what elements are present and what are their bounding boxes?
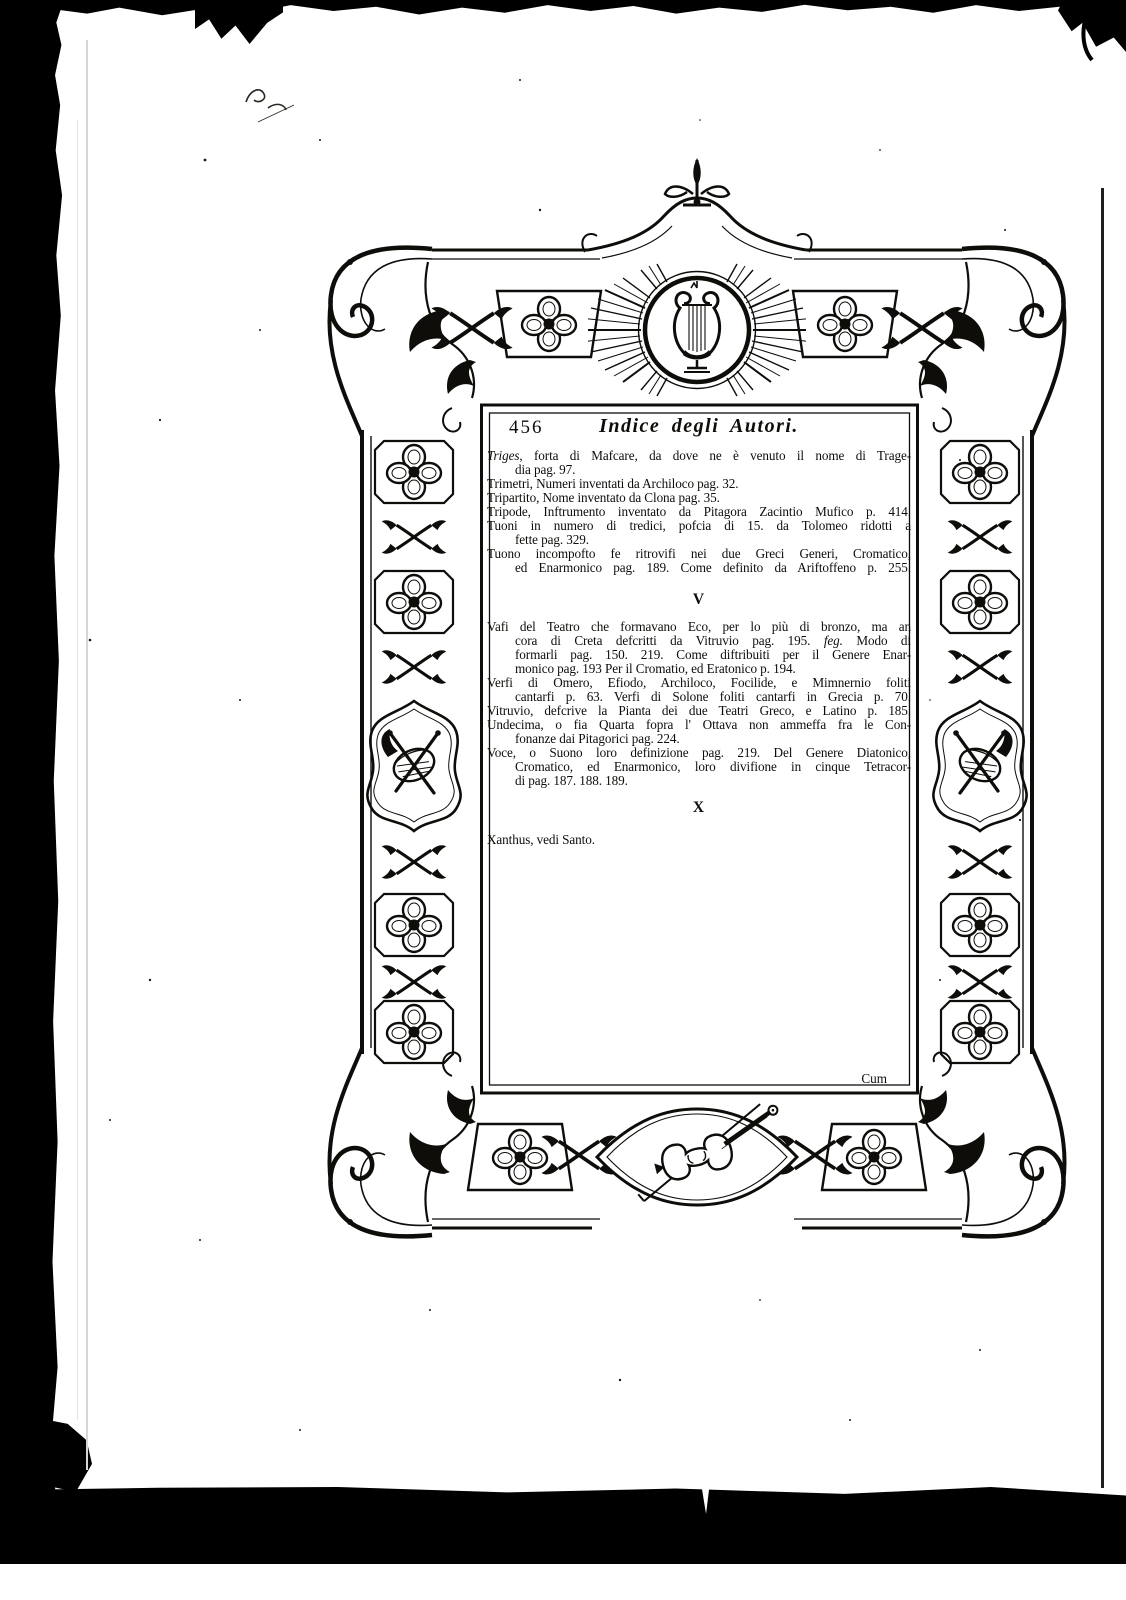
- index-entry-line: fonanze dai Pitagorici pag. 224.: [487, 732, 911, 746]
- index-entry-line: Cromatico, ed Enarmonico, loro divifione…: [487, 760, 911, 774]
- entry-headword: Triges: [487, 448, 519, 463]
- running-head: 456 Indice degli Autori.: [487, 415, 911, 443]
- section-letter-v: V: [487, 593, 911, 607]
- index-entry-line: fette pag. 329.: [487, 533, 911, 547]
- index-entry-line: Tuono incompofto fe ritrovifi nei due Gr…: [487, 547, 911, 561]
- lyre-medallion: [639, 272, 756, 389]
- book-page-scan: 456 Indice degli Autori. Triges, forta d…: [0, 0, 1126, 1600]
- italic-abbreviation: feg.: [824, 633, 843, 648]
- index-entry-line: Xanthus, vedi Santo.: [487, 833, 911, 847]
- index-entry-line: Voce, o Suono loro definizione pag. 219.…: [487, 746, 911, 760]
- index-entry-line: dia pag. 97.: [487, 463, 911, 477]
- index-entry-line: ed Enarmonico pag. 189. Come definito da…: [487, 561, 911, 575]
- index-entry-line: Vafi del Teatro che formavano Eco, per l…: [487, 620, 911, 634]
- index-entry-line: Tripode, Inftrumento inventato da Pitago…: [487, 505, 911, 519]
- index-entry-line: formarli pag. 150. 219. Come diftribuiti…: [487, 648, 911, 662]
- index-entry-line: Trimetri, Numeri inventati da Archiloco …: [487, 477, 911, 491]
- index-entry-line: monico pag. 193 Per il Cromatio, ed Erat…: [487, 662, 911, 676]
- index-entry-line: Vitruvio, defcrive la Pianta dei due Tea…: [487, 704, 911, 718]
- index-entry-line: Undecima, o fia Quarta fopra l' Ottava n…: [487, 718, 911, 732]
- index-entry-line: cantarfi p. 63. Verfi di Solone foliti c…: [487, 690, 911, 704]
- page-title: Indice degli Autori.: [487, 415, 911, 438]
- fleur-crest-icon: [665, 158, 729, 206]
- section-letter-x: X: [487, 801, 911, 815]
- index-entry-line: Triges, forta di Mafcare, da dove ne è v…: [487, 449, 911, 463]
- violin-trophy: [597, 1100, 797, 1205]
- index-entry-line: Tuoni in numero di tredici, pofcia di 15…: [487, 519, 911, 533]
- index-text-block: Triges, forta di Mafcare, da dove ne è v…: [487, 449, 911, 847]
- index-entry-line: Tripartito, Nome inventato da Clona pag.…: [487, 491, 911, 505]
- index-entry-line: Verfi di Omero, Efiodo, Archiloco, Focil…: [487, 676, 911, 690]
- index-entry-line: di pag. 187. 188. 189.: [487, 774, 911, 788]
- index-entry-line: cora di Creta defcritti da Vitruvio pag.…: [487, 634, 911, 648]
- catchword: Cum: [487, 1071, 911, 1087]
